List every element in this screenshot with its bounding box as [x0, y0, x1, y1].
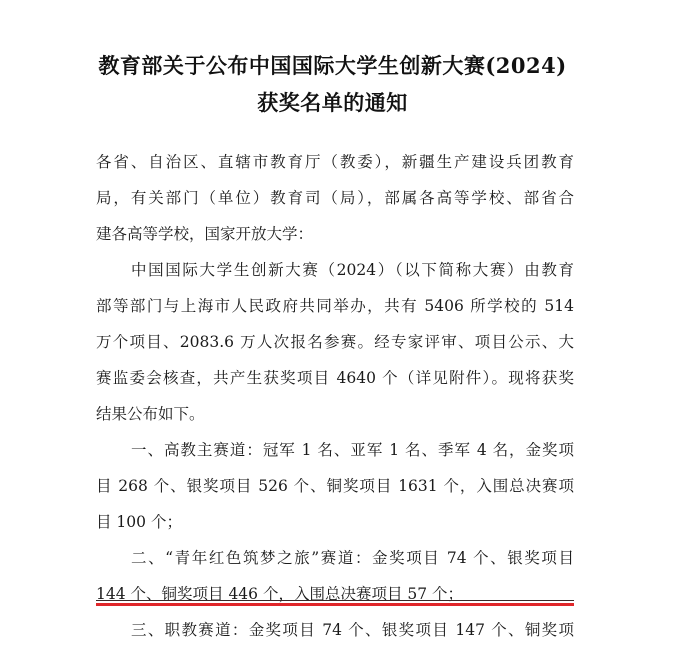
salutation-line: 建各高等学校，国家开放大学：	[96, 216, 574, 252]
document-title-line-1: 教育部关于公布中国国际大学生创新大赛(2024)	[80, 54, 585, 78]
higher-ed-track-line: 目 100 个；	[96, 504, 574, 540]
red-youth-track-line: 144 个、铜奖项目 446 个，入围总决赛项目 57 个；	[96, 576, 574, 612]
higher-ed-track-line: 目 268 个、银奖项目 526 个、铜奖项目 1631 个，入围总决赛项	[96, 468, 574, 504]
document-page: 教育部关于公布中国国际大学生创新大赛(2024) 获奖名单的通知 各省、自治区、…	[0, 0, 675, 653]
paragraph-intro-line: 万个项目、2083.6 万人次报名参赛。经专家评审、项目公示、大	[96, 324, 574, 360]
paragraph-intro-line: 赛监委会核查，共产生获奖项目 4640 个（详见附件）。现将获奖	[96, 360, 574, 396]
document-body: 各省、自治区、直辖市教育厅（教委），新疆生产建设兵团教育 局，有关部门（单位）教…	[96, 144, 574, 648]
salutation-line: 局，有关部门（单位）教育司（局），部属各高等学校、部省合	[96, 180, 574, 216]
salutation-line: 各省、自治区、直辖市教育厅（教委），新疆生产建设兵团教育	[96, 144, 574, 180]
paragraph-intro-line: 结果公布如下。	[96, 396, 574, 432]
footer-rule-red	[96, 603, 574, 606]
footer-rule-dark	[96, 600, 574, 601]
vocational-track-line: 三、职教赛道：金奖项目 74 个、银奖项目 147 个、铜奖项	[96, 612, 574, 648]
red-youth-track-line: 二、“青年红色筑梦之旅”赛道：金奖项目 74 个、银奖项目	[96, 540, 574, 576]
higher-ed-track-line: 一、高教主赛道：冠军 1 名、亚军 1 名、季军 4 名，金奖项	[96, 432, 574, 468]
paragraph-intro-line: 中国国际大学生创新大赛（2024）（以下简称大赛）由教育	[96, 252, 574, 288]
paragraph-intro-line: 部等部门与上海市人民政府共同举办，共有 5406 所学校的 514	[96, 288, 574, 324]
document-title-line-2: 获奖名单的通知	[80, 91, 585, 115]
